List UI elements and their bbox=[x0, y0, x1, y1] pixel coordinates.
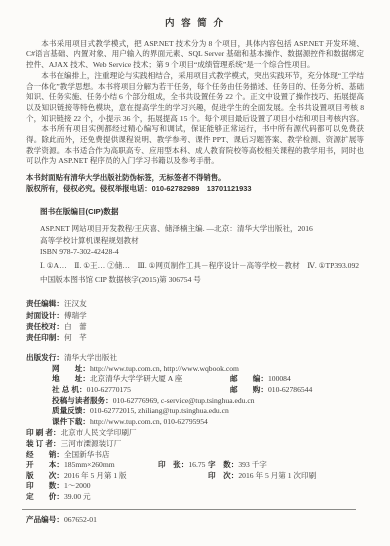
cip-heading: 图书在版编目(CIP)数据 bbox=[40, 206, 364, 217]
distributor-value: 全国新华书店 bbox=[64, 450, 110, 459]
cip-classification-line: Ⅰ. ①A… Ⅱ. ①王… ②储… Ⅲ. ①网页制作工具－程序设计－高等学校－教… bbox=[40, 260, 364, 271]
reader-service-label: 投稿与读者服务： bbox=[52, 396, 113, 405]
staff-section: 责任编辑：汪汉友 封面设计：傅瑞学 责任校对：白 蕾 责任印制：何 芊 bbox=[26, 298, 364, 343]
staff-proof-row: 责任校对：白 蕾 bbox=[26, 321, 364, 332]
wordcount-label: 字 数： bbox=[208, 460, 238, 469]
intro-paragraph-3: 本书所有项目实例都经过精心编写和调试，保证能够正常运行，书中所有源代码都可以免费… bbox=[26, 124, 364, 167]
website-row: 网 址：http://www.tup.com.cn, http://www.wq… bbox=[26, 364, 364, 375]
cip-record-line: 中国版本图书馆 CIP 数据核字(2015)第 306754 号 bbox=[40, 274, 364, 285]
courseware-label: 课件下载： bbox=[52, 417, 90, 426]
publisher-section: 出版发行：清华大学出版社 网 址：http://www.tup.com.cn, … bbox=[26, 353, 364, 427]
wordcount-pair: 字 数：393 千字 bbox=[208, 460, 267, 471]
price-label: 定 价： bbox=[26, 492, 64, 501]
edition-label: 版 次： bbox=[26, 471, 64, 480]
mailorder-value: 010-62786544 bbox=[268, 385, 312, 394]
cip-section: 图书在版编目(CIP)数据 ASP.NET 网站项目开发教程/王庆喜、储泽楠主编… bbox=[26, 206, 364, 285]
staff-print-label: 责任印制： bbox=[26, 333, 64, 342]
mailorder-pair: 邮 购：010-62786544 bbox=[230, 385, 312, 396]
edition-value: 2016 年 5 月第 1 版 bbox=[64, 471, 127, 480]
publisher-label: 出版发行： bbox=[26, 353, 64, 362]
format-row: 开 本：185mm×260mm印 张：16.75字 数：393 千字 bbox=[26, 460, 364, 471]
address-pair: 地 址：北京清华大学学研大厦 A 座 bbox=[52, 374, 230, 385]
intro-paragraph-1: 本书采用项目式教学模式，把 ASP.NET 技术分为 8 个项目，具体内容包括 … bbox=[26, 39, 364, 71]
anti-piracy-notice: 本书封面贴有清华大学出版社防伪标签，无标签者不得销售。 版权所有，侵权必究。侵权… bbox=[26, 173, 364, 195]
sheets-pair: 印 张：16.75 bbox=[158, 460, 208, 471]
staff-print-row: 责任印制：何 芊 bbox=[26, 332, 364, 343]
product-code-label: 产品编号： bbox=[26, 515, 64, 524]
copyright-line: 版权所有，侵权必究。侵权举报电话：010-62782989 1370112193… bbox=[26, 184, 364, 195]
zipcode-label: 邮 编： bbox=[230, 374, 268, 383]
distributor-row: 经 销：全国新华书店 bbox=[26, 450, 364, 461]
edition-pair: 版 次：2016 年 5 月第 1 版 bbox=[26, 471, 208, 482]
staff-cover-row: 封面设计：傅瑞学 bbox=[26, 310, 364, 321]
publisher-row: 出版发行：清华大学出版社 bbox=[26, 353, 364, 364]
sheets-value: 16.75 bbox=[188, 460, 205, 469]
binder-value: 三河市溧源装订厂 bbox=[61, 439, 122, 448]
wordcount-value: 393 千字 bbox=[238, 460, 266, 469]
cip-series-line: 高等学校计算机课程规划教材 bbox=[40, 235, 364, 246]
switchboard-value: 010-62770175 bbox=[87, 385, 131, 394]
price-value: 39.00 元 bbox=[64, 492, 91, 501]
printer-row: 印 刷 者：北京市人民文学印刷厂 bbox=[26, 428, 364, 439]
copies-row: 印 数：1～2000 bbox=[26, 481, 364, 492]
staff-proof-value: 白 蕾 bbox=[64, 322, 87, 331]
copies-value: 1～2000 bbox=[64, 481, 91, 490]
staff-print-value: 何 芊 bbox=[64, 333, 87, 342]
publisher-value: 清华大学出版社 bbox=[64, 353, 117, 362]
format-value: 185mm×260mm bbox=[64, 460, 115, 469]
impression-label: 印 次： bbox=[208, 471, 238, 480]
binder-row: 装 订 者：三河市溧源装订厂 bbox=[26, 439, 364, 450]
footer-section: 产品编号：067652-01 bbox=[26, 514, 364, 525]
switchboard-row: 社 总 机：010-62770175邮 购：010-62786544 bbox=[26, 385, 364, 396]
mailorder-label: 邮 购： bbox=[230, 385, 268, 394]
switchboard-pair: 社 总 机：010-62770175 bbox=[52, 385, 230, 396]
copies-label: 印 数： bbox=[26, 481, 64, 490]
staff-cover-label: 封面设计： bbox=[26, 311, 64, 320]
product-code-value: 067652-01 bbox=[64, 515, 97, 524]
anti-piracy-line: 本书封面贴有清华大学出版社防伪标签，无标签者不得销售。 bbox=[26, 173, 364, 184]
sheets-label: 印 张： bbox=[158, 460, 188, 469]
page-title: 内 容 简 介 bbox=[26, 19, 364, 30]
zipcode-value: 100084 bbox=[268, 374, 291, 383]
courseware-row: 课件下载：http://www.tup.com.cn, 010-62795954 bbox=[26, 417, 364, 428]
courseware-value: http://www.tup.com.cn, 010-62795954 bbox=[90, 417, 208, 426]
printer-label: 印 刷 者： bbox=[26, 428, 61, 437]
footer-divider bbox=[22, 509, 356, 510]
quality-feedback-row: 质量反馈：010-62772015, zhiliang@tup.tsinghua… bbox=[26, 406, 364, 417]
cip-isbn-line: ISBN 978-7-302-42428-4 bbox=[40, 246, 364, 257]
staff-proof-label: 责任校对： bbox=[26, 322, 64, 331]
reader-service-value: 010-62776969, c-service@tup.tsinghua.edu… bbox=[113, 396, 255, 405]
cip-title-line: ASP.NET 网站项目开发教程/王庆喜、储泽楠主编. —北京：清华大学出版社，… bbox=[40, 223, 364, 234]
format-label: 开 本： bbox=[26, 460, 64, 469]
address-row: 地 址：北京清华大学学研大厦 A 座邮 编：100084 bbox=[26, 374, 364, 385]
quality-feedback-value: 010-62772015, zhiliang@tup.tsinghua.edu.… bbox=[90, 406, 229, 415]
format-pair: 开 本：185mm×260mm bbox=[26, 460, 158, 471]
staff-editor-row: 责任编辑：汪汉友 bbox=[26, 298, 364, 309]
intro-paragraph-2: 本书在编排上，注重理论与实践相结合，采用项目式教学模式，突出实践环节，充分体现“… bbox=[26, 71, 364, 125]
book-copyright-page: 内 容 简 介 本书采用项目式教学模式，把 ASP.NET 技术分为 8 个项目… bbox=[0, 0, 390, 546]
reader-service-row: 投稿与读者服务：010-62776969, c-service@tup.tsin… bbox=[26, 396, 364, 407]
website-value: http://www.tup.com.cn, http://www.wqbook… bbox=[90, 364, 239, 373]
staff-editor-label: 责任编辑： bbox=[26, 299, 64, 308]
edition-row: 版 次：2016 年 5 月第 1 版印 次：2016 年 5 月第 1 次印刷 bbox=[26, 471, 364, 482]
staff-editor-value: 汪汉友 bbox=[64, 299, 87, 308]
address-value: 北京清华大学学研大厦 A 座 bbox=[90, 374, 182, 383]
impression-pair: 印 次：2016 年 5 月第 1 次印刷 bbox=[208, 471, 316, 482]
website-label: 网 址： bbox=[52, 364, 90, 373]
quality-feedback-label: 质量反馈： bbox=[52, 406, 90, 415]
intro-section: 本书采用项目式教学模式，把 ASP.NET 技术分为 8 个项目，具体内容包括 … bbox=[26, 39, 364, 167]
staff-cover-value: 傅瑞学 bbox=[64, 311, 87, 320]
zipcode-pair: 邮 编：100084 bbox=[230, 374, 291, 385]
product-code-row: 产品编号：067652-01 bbox=[26, 514, 364, 525]
price-row: 定 价：39.00 元 bbox=[26, 492, 364, 503]
binder-label: 装 订 者： bbox=[26, 439, 61, 448]
switchboard-label: 社 总 机： bbox=[52, 385, 87, 394]
printing-section: 印 刷 者：北京市人民文学印刷厂 装 订 者：三河市溧源装订厂 经 销：全国新华… bbox=[26, 428, 364, 502]
address-label: 地 址： bbox=[52, 374, 90, 383]
distributor-label: 经 销： bbox=[26, 450, 64, 459]
printer-value: 北京市人民文学印刷厂 bbox=[61, 428, 137, 437]
impression-value: 2016 年 5 月第 1 次印刷 bbox=[238, 471, 316, 480]
page-content: 内 容 简 介 本书采用项目式教学模式，把 ASP.NET 技术分为 8 个项目… bbox=[0, 0, 390, 525]
